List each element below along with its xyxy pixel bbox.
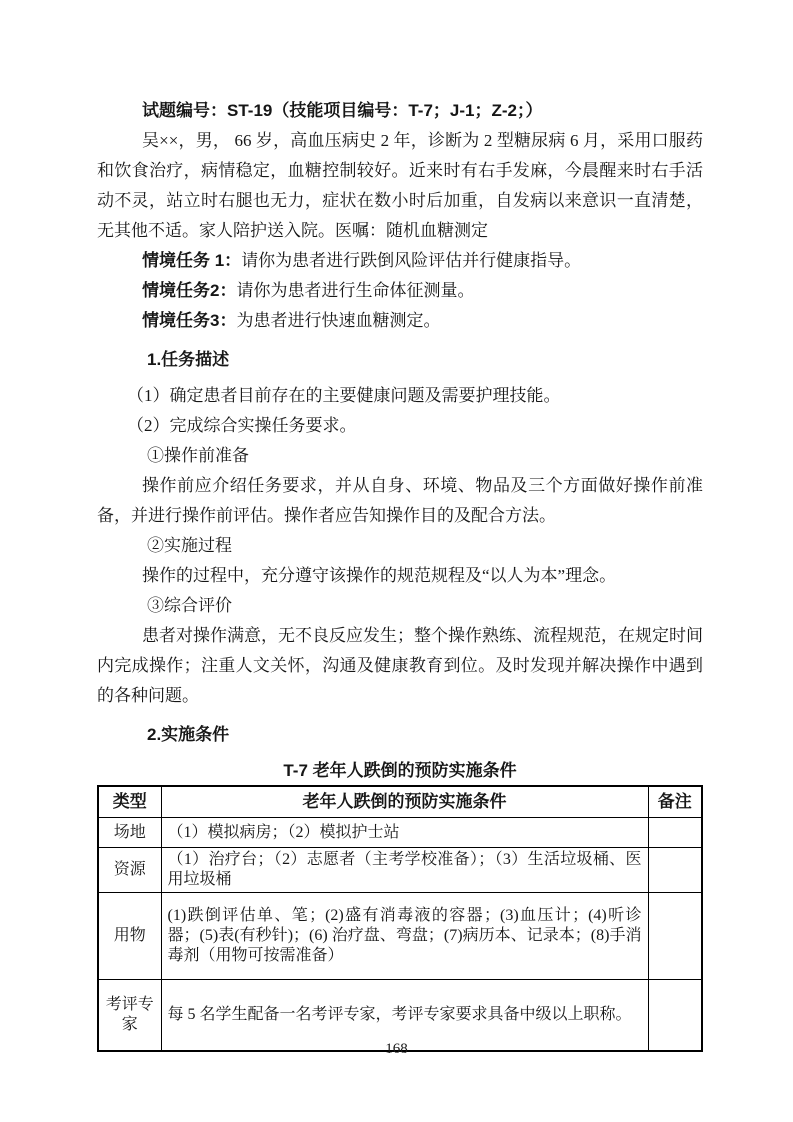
- sub3-heading: ③综合评价: [97, 591, 703, 621]
- task-3-text: 为患者进行快速血糖测定。: [236, 311, 440, 330]
- task-1-label: 情境任务 1：: [142, 251, 241, 270]
- conditions-table: 类型 老年人跌倒的预防实施条件 备注 场地 （1）模拟病房；（2）模拟护士站 资…: [97, 785, 703, 1052]
- row-1-note: [648, 818, 702, 848]
- section1-item-1: （1）确定患者目前存在的主要健康问题及需要护理技能。: [97, 381, 703, 411]
- header-conditions: 老年人跌倒的预防实施条件: [161, 786, 648, 818]
- case-paragraph: 吴××，男， 66 岁，高血压病史 2 年，诊断为 2 型糖尿病 6 月，采用口…: [97, 126, 703, 246]
- row-1-content: （1）模拟病房；（2）模拟护士站: [161, 818, 648, 848]
- table-title: T-7 老年人跌倒的预防实施条件: [97, 758, 703, 783]
- row-2-note: [648, 848, 702, 893]
- task-line-1: 情境任务 1：请你为患者进行跌倒风险评估并行健康指导。: [97, 246, 703, 276]
- sub3-text: 患者对操作满意，无不良反应发生；整个操作熟练、流程规范，在规定时间内完成操作；注…: [97, 621, 703, 711]
- section1-heading: 1.任务描述: [97, 345, 703, 375]
- table-header-row: 类型 老年人跌倒的预防实施条件 备注: [98, 786, 702, 818]
- section1-item-2: （2）完成综合实操任务要求。: [97, 411, 703, 441]
- sub1-text: 操作前应介绍任务要求，并从自身、环境、物品及三个方面做好操作前准备，并进行操作前…: [97, 471, 703, 531]
- task-1-text: 请你为患者进行跌倒风险评估并行健康指导。: [241, 251, 581, 270]
- page-number: 168: [0, 1040, 793, 1058]
- task-2-text: 请你为患者进行生命体征测量。: [236, 281, 474, 300]
- sub1-heading: ①操作前准备: [97, 441, 703, 471]
- task-3-label: 情境任务3：: [142, 311, 236, 330]
- document-content: 试题编号：ST-19（技能项目编号：T-7；J-1；Z-2；） 吴××，男， 6…: [97, 0, 703, 1052]
- table-row: 场地 （1）模拟病房；（2）模拟护士站: [98, 818, 702, 848]
- row-2-type: 资源: [98, 848, 161, 893]
- task-line-2: 情境任务2：请你为患者进行生命体征测量。: [97, 276, 703, 306]
- header-type: 类型: [98, 786, 161, 818]
- row-2-content: （1）治疗台；（2）志愿者（主考学校准备）；（3）生活垃圾桶、医用垃圾桶: [161, 848, 648, 893]
- task-2-label: 情境任务2：: [142, 281, 236, 300]
- header-note: 备注: [648, 786, 702, 818]
- document-page: 试题编号：ST-19（技能项目编号：T-7；J-1；Z-2；） 吴××，男， 6…: [0, 0, 793, 1122]
- section2-heading: 2.实施条件: [97, 720, 703, 750]
- table-row: 用物 (1)跌倒评估单、笔；(2)盛有消毒液的容器；(3)血压计；(4)听诊器；…: [98, 893, 702, 980]
- task-line-3: 情境任务3：为患者进行快速血糖测定。: [97, 306, 703, 336]
- row-3-type: 用物: [98, 893, 161, 980]
- sub2-text: 操作的过程中，充分遵守该操作的规范规程及“以人为本”理念。: [97, 561, 703, 591]
- row-3-content: (1)跌倒评估单、笔；(2)盛有消毒液的容器；(3)血压计；(4)听诊器；(5)…: [161, 893, 648, 980]
- sub2-heading: ②实施过程: [97, 531, 703, 561]
- table-row: 资源 （1）治疗台；（2）志愿者（主考学校准备）；（3）生活垃圾桶、医用垃圾桶: [98, 848, 702, 893]
- row-1-type: 场地: [98, 818, 161, 848]
- row-3-note: [648, 893, 702, 980]
- doc-title: 试题编号：ST-19（技能项目编号：T-7；J-1；Z-2；）: [97, 96, 703, 126]
